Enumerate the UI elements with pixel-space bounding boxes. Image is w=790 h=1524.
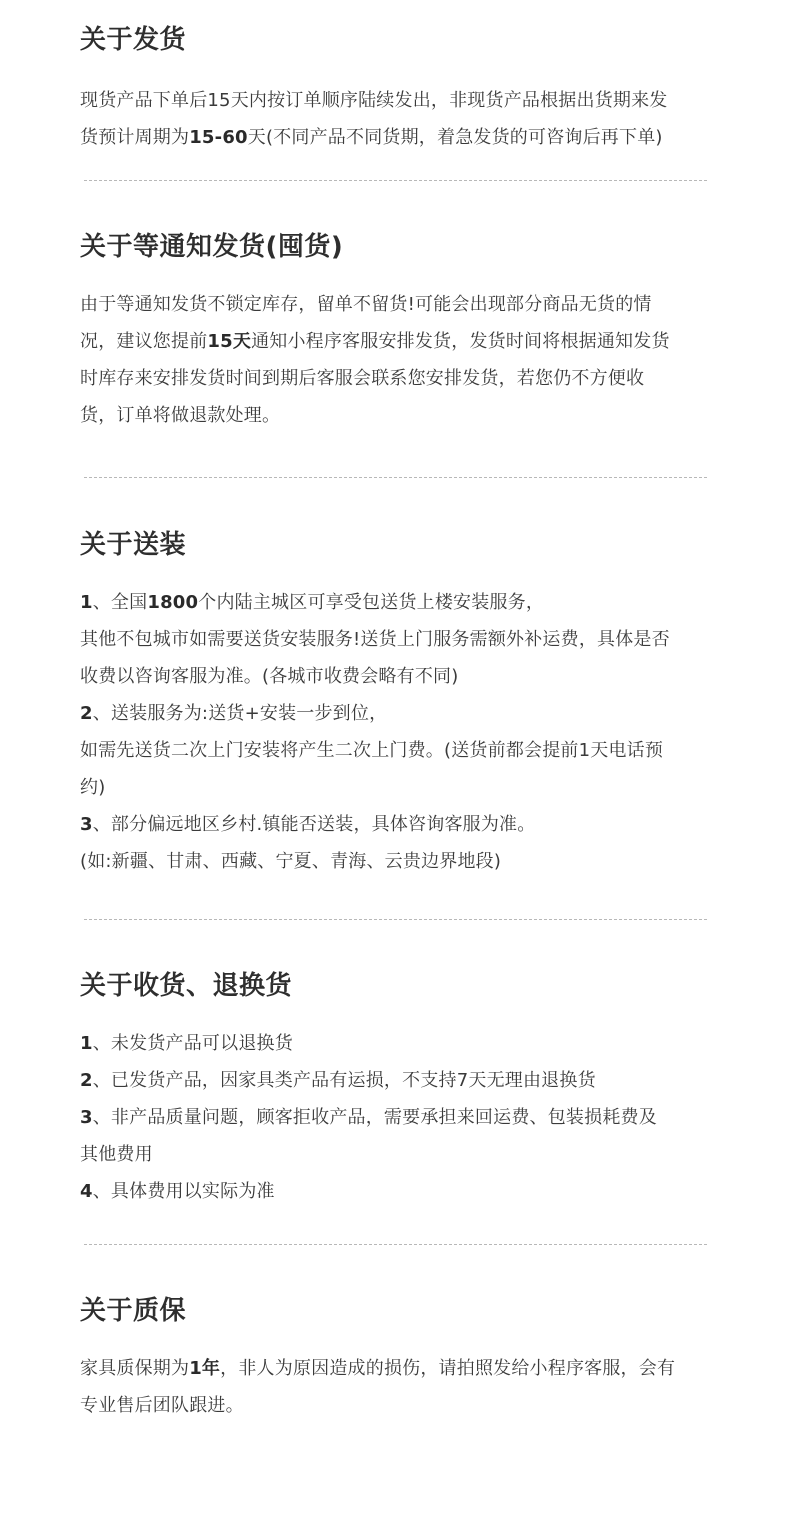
list-item: 1、未发货产品可以退换货 xyxy=(80,1025,712,1062)
section-shipping: 关于发货 现货产品下单后15天内按订单顺序陆续发出，非现货产品根据出货期来发 货… xyxy=(80,22,712,156)
section-title-delivery-install: 关于送装 xyxy=(80,527,712,563)
text-span: 通知小程序客服安排发货，发货时间将根据通知发货 xyxy=(251,331,670,352)
text-span: 其他费用 xyxy=(80,1144,153,1165)
text-span: 、未发货产品可以退换货 xyxy=(93,1033,293,1054)
highlight-period: 15-60 xyxy=(189,127,248,148)
text-span: 、全国 xyxy=(93,592,148,613)
text-line: 其他不包城市如需要送货安装服务!送货上门服务需额外补运费，具体是否 xyxy=(80,621,712,658)
section-body-shipping: 现货产品下单后15天内按订单顺序陆续发出，非现货产品根据出货期来发 货预计周期为… xyxy=(80,82,712,156)
list-number: 4 xyxy=(80,1181,93,1202)
list-number: 1 xyxy=(80,592,93,613)
section-title-returns: 关于收货、退换货 xyxy=(80,968,712,1004)
text-span: ，非人为原因造成的损伤，请拍照发给小程序客服，会有 xyxy=(220,1358,675,1379)
list-number: 2 xyxy=(80,703,93,724)
section-body-warranty: 家具质保期为1年，非人为原因造成的损伤，请拍照发给小程序客服，会有 专业售后团队… xyxy=(80,1350,712,1424)
list-number: 3 xyxy=(80,1107,93,1128)
divider xyxy=(84,180,707,181)
divider xyxy=(84,1244,707,1245)
text-span: (如:新疆、甘肃、西藏、宁夏、青海、云贵边界地段) xyxy=(80,851,501,872)
text-span: 约) xyxy=(80,777,105,798)
list-number: 2 xyxy=(80,1070,93,1091)
list-item: 2、送装服务为:送货+安装一步到位， xyxy=(80,695,712,732)
list-item: 1、全国1800个内陆主城区可享受包送货上楼安装服务， xyxy=(80,584,712,621)
list-number: 3 xyxy=(80,814,93,835)
text-span: 个内陆主城区可享受包送货上楼安装服务， xyxy=(198,592,544,613)
text-span: 天(不同产品不同货期，着急发货的可咨询后再下单) xyxy=(248,127,663,148)
text-line: 时库存来安排发货时间到期后客服会联系您安排发货，若您仍不方便收 xyxy=(80,360,712,397)
highlight-city-count: 1800 xyxy=(147,592,198,613)
section-delivery-install: 关于送装 1、全国1800个内陆主城区可享受包送货上楼安装服务， 其他不包城市如… xyxy=(80,527,712,880)
section-title-hold-shipping: 关于等通知发货(囤货) xyxy=(80,229,712,265)
list-item: 4、具体费用以实际为准 xyxy=(80,1173,712,1210)
text-line: 现货产品下单后15天内按订单顺序陆续发出，非现货产品根据出货期来发 xyxy=(80,82,712,119)
text-span: 收费以咨询客服为准。(各城市收费会略有不同) xyxy=(80,666,458,687)
divider xyxy=(84,477,707,478)
section-body-delivery-install: 1、全国1800个内陆主城区可享受包送货上楼安装服务， 其他不包城市如需要送货安… xyxy=(80,584,712,880)
divider xyxy=(84,919,707,920)
text-span: 时库存来安排发货时间到期后客服会联系您安排发货，若您仍不方便收 xyxy=(80,368,644,389)
list-item: 3、部分偏远地区乡村.镇能否送装，具体咨询客服为准。 xyxy=(80,806,712,843)
highlight-days: 15天 xyxy=(207,331,251,352)
text-span: 、送装服务为:送货+安装一步到位， xyxy=(93,703,388,724)
text-span: 货预计周期为 xyxy=(80,127,189,148)
text-span: 、非产品质量问题，顾客拒收产品，需要承担来回运费、包装损耗费及 xyxy=(93,1107,657,1128)
text-span: 由于等通知发货不锁定库存，留单不留货!可能会出现部分商品无货的情 xyxy=(80,294,652,315)
text-line: 货预计周期为15-60天(不同产品不同货期，着急发货的可咨询后再下单) xyxy=(80,119,712,156)
text-span: 、已发货产品，因家具类产品有运损，不支持7天无理由退换货 xyxy=(93,1070,596,1091)
section-body-returns: 1、未发货产品可以退换货 2、已发货产品，因家具类产品有运损，不支持7天无理由退… xyxy=(80,1025,712,1210)
text-span: 现货产品下单后15天内按订单顺序陆续发出，非现货产品根据出货期来发 xyxy=(80,90,668,111)
section-title-shipping: 关于发货 xyxy=(80,22,712,58)
highlight-warranty-period: 1年 xyxy=(189,1358,220,1379)
text-line: (如:新疆、甘肃、西藏、宁夏、青海、云贵边界地段) xyxy=(80,843,712,880)
section-title-warranty: 关于质保 xyxy=(80,1293,712,1329)
list-item: 2、已发货产品，因家具类产品有运损，不支持7天无理由退换货 xyxy=(80,1062,712,1099)
text-line: 收费以咨询客服为准。(各城市收费会略有不同) xyxy=(80,658,712,695)
text-span: 其他不包城市如需要送货安装服务!送货上门服务需额外补运费，具体是否 xyxy=(80,629,670,650)
text-span: 专业售后团队跟进。 xyxy=(80,1395,244,1416)
text-line: 约) xyxy=(80,769,712,806)
section-hold-shipping: 关于等通知发货(囤货) 由于等通知发货不锁定库存，留单不留货!可能会出现部分商品… xyxy=(80,229,712,434)
text-line: 由于等通知发货不锁定库存，留单不留货!可能会出现部分商品无货的情 xyxy=(80,286,712,323)
text-line: 如需先送货二次上门安装将产生二次上门费。(送货前都会提前1天电话预 xyxy=(80,732,712,769)
section-returns: 关于收货、退换货 1、未发货产品可以退换货 2、已发货产品，因家具类产品有运损，… xyxy=(80,968,712,1210)
text-span: 况，建议您提前 xyxy=(80,331,207,352)
section-body-hold-shipping: 由于等通知发货不锁定库存，留单不留货!可能会出现部分商品无货的情 况，建议您提前… xyxy=(80,286,712,434)
text-span: 、具体费用以实际为准 xyxy=(93,1181,275,1202)
section-warranty: 关于质保 家具质保期为1年，非人为原因造成的损伤，请拍照发给小程序客服，会有 专… xyxy=(80,1293,712,1424)
text-span: 如需先送货二次上门安装将产生二次上门费。(送货前都会提前1天电话预 xyxy=(80,740,663,761)
text-line: 货，订单将做退款处理。 xyxy=(80,397,712,434)
text-line: 况，建议您提前15天通知小程序客服安排发货，发货时间将根据通知发货 xyxy=(80,323,712,360)
text-line: 专业售后团队跟进。 xyxy=(80,1387,712,1424)
text-span: 家具质保期为 xyxy=(80,1358,189,1379)
list-item: 3、非产品质量问题，顾客拒收产品，需要承担来回运费、包装损耗费及 xyxy=(80,1099,712,1136)
text-line: 其他费用 xyxy=(80,1136,712,1173)
text-span: 、部分偏远地区乡村.镇能否送装，具体咨询客服为准。 xyxy=(93,814,536,835)
text-line: 家具质保期为1年，非人为原因造成的损伤，请拍照发给小程序客服，会有 xyxy=(80,1350,712,1387)
text-span: 货，订单将做退款处理。 xyxy=(80,405,280,426)
list-number: 1 xyxy=(80,1033,93,1054)
